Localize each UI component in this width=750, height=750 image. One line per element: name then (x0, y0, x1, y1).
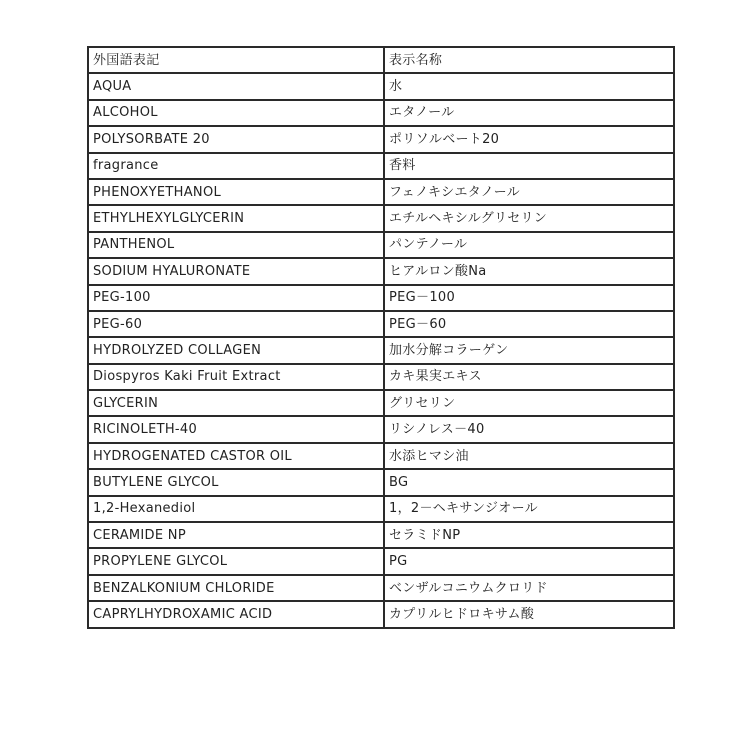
ingredients-table-body: 外国語表記 表示名称 AQUA水ALCOHOLエタノールPOLYSORBATE … (88, 47, 674, 628)
cell-display-name: フェノキシエタノール (384, 179, 674, 205)
cell-foreign-name: CERAMIDE NP (88, 522, 384, 548)
cell-foreign-name: ALCOHOL (88, 100, 384, 126)
cell-foreign-name: SODIUM HYALURONATE (88, 258, 384, 284)
cell-display-name: PEG－60 (384, 311, 674, 337)
table-row: PEG-100PEG－100 (88, 285, 674, 311)
cell-foreign-name: GLYCERIN (88, 390, 384, 416)
table-header-row: 外国語表記 表示名称 (88, 47, 674, 73)
table-row: fragrance香料 (88, 153, 674, 179)
cell-foreign-name: 1,2-Hexanediol (88, 496, 384, 522)
cell-display-name: エチルヘキシルグリセリン (384, 205, 674, 231)
cell-display-name: リシノレス－40 (384, 416, 674, 442)
table-row: ALCOHOLエタノール (88, 100, 674, 126)
cell-foreign-name: HYDROGENATED CASTOR OIL (88, 443, 384, 469)
table-row: PANTHENOLパンテノール (88, 232, 674, 258)
cell-foreign-name: PROPYLENE GLYCOL (88, 548, 384, 574)
cell-display-name: エタノール (384, 100, 674, 126)
cell-foreign-name: AQUA (88, 73, 384, 99)
cell-display-name: グリセリン (384, 390, 674, 416)
cell-display-name: 加水分解コラーゲン (384, 337, 674, 363)
table-row: AQUA水 (88, 73, 674, 99)
cell-display-name: PEG－100 (384, 285, 674, 311)
cell-foreign-name: PHENOXYETHANOL (88, 179, 384, 205)
cell-display-name: カプリルヒドロキサム酸 (384, 601, 674, 627)
table-row: RICINOLETH-40リシノレス－40 (88, 416, 674, 442)
table-row: CERAMIDE NPセラミドNP (88, 522, 674, 548)
table-row: SODIUM HYALURONATEヒアルロン酸Na (88, 258, 674, 284)
cell-display-name: 1，2－ヘキサンジオール (384, 496, 674, 522)
cell-display-name: カキ果実エキス (384, 364, 674, 390)
cell-display-name: セラミドNP (384, 522, 674, 548)
table-row: POLYSORBATE 20ポリソルベート20 (88, 126, 674, 152)
table-row: PHENOXYETHANOLフェノキシエタノール (88, 179, 674, 205)
cell-foreign-name: RICINOLETH-40 (88, 416, 384, 442)
table-row: 1,2-Hexanediol1，2－ヘキサンジオール (88, 496, 674, 522)
cell-foreign-name: PEG-60 (88, 311, 384, 337)
table-row: ETHYLHEXYLGLYCERINエチルヘキシルグリセリン (88, 205, 674, 231)
cell-display-name: ヒアルロン酸Na (384, 258, 674, 284)
table-row: HYDROLYZED COLLAGEN加水分解コラーゲン (88, 337, 674, 363)
cell-display-name: 水 (384, 73, 674, 99)
cell-display-name: ベンザルコニウムクロリド (384, 575, 674, 601)
header-display-name: 表示名称 (384, 47, 674, 73)
cell-foreign-name: BUTYLENE GLYCOL (88, 469, 384, 495)
cell-foreign-name: PEG-100 (88, 285, 384, 311)
cell-foreign-name: POLYSORBATE 20 (88, 126, 384, 152)
cell-foreign-name: PANTHENOL (88, 232, 384, 258)
cell-foreign-name: BENZALKONIUM CHLORIDE (88, 575, 384, 601)
cell-display-name: 香料 (384, 153, 674, 179)
cell-foreign-name: ETHYLHEXYLGLYCERIN (88, 205, 384, 231)
cell-display-name: ポリソルベート20 (384, 126, 674, 152)
cell-display-name: BG (384, 469, 674, 495)
ingredients-table: 外国語表記 表示名称 AQUA水ALCOHOLエタノールPOLYSORBATE … (87, 46, 675, 629)
table-row: GLYCERINグリセリン (88, 390, 674, 416)
cell-foreign-name: fragrance (88, 153, 384, 179)
table-row: PEG-60PEG－60 (88, 311, 674, 337)
cell-foreign-name: CAPRYLHYDROXAMIC ACID (88, 601, 384, 627)
table-row: BENZALKONIUM CHLORIDEベンザルコニウムクロリド (88, 575, 674, 601)
header-foreign-name: 外国語表記 (88, 47, 384, 73)
cell-display-name: 水添ヒマシ油 (384, 443, 674, 469)
cell-display-name: パンテノール (384, 232, 674, 258)
cell-display-name: PG (384, 548, 674, 574)
table-row: PROPYLENE GLYCOLPG (88, 548, 674, 574)
cell-foreign-name: HYDROLYZED COLLAGEN (88, 337, 384, 363)
table-row: BUTYLENE GLYCOLBG (88, 469, 674, 495)
table-row: Diospyros Kaki Fruit Extractカキ果実エキス (88, 364, 674, 390)
table-row: CAPRYLHYDROXAMIC ACIDカプリルヒドロキサム酸 (88, 601, 674, 627)
cell-foreign-name: Diospyros Kaki Fruit Extract (88, 364, 384, 390)
table-row: HYDROGENATED CASTOR OIL水添ヒマシ油 (88, 443, 674, 469)
